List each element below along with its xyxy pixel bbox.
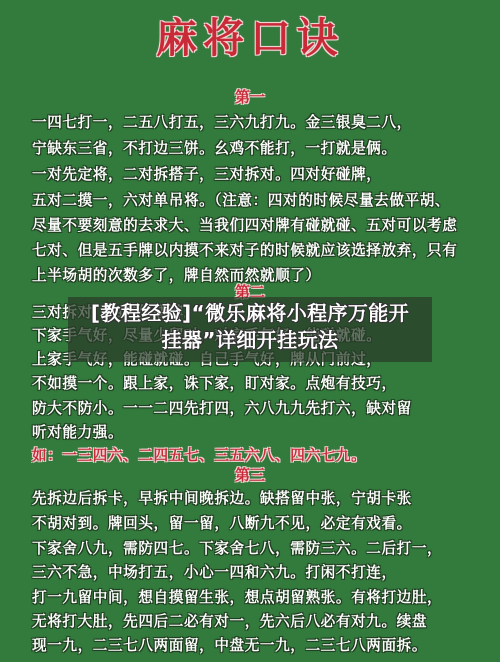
text-line: 下家舍八九，需防四七。下家舍七八，需防三六。二后打一， — [32, 539, 480, 559]
text-line: 现一九，二三七八两面留，中盘无一九，二三七八两面拆。 — [32, 636, 480, 656]
caption-line-2: 挂器”详细开挂玩法 — [68, 327, 432, 354]
example-line: 如：一三四六、二四五七、三五六八、四六七九。 — [32, 446, 480, 466]
section-label-3: 第三 — [0, 465, 500, 485]
text-line: 听对能力强。 — [32, 423, 480, 443]
text-line: 打一九留中间，想自摸留生张，想点胡留熟张。有将打边肚， — [32, 588, 480, 608]
text-line: 尽量不要刻意的去求大、当我们四对牌有碰就碰、五对可以考虑 — [32, 216, 480, 236]
text-line: 一四七打一，二五八打五，三六九打九。金三银臭二八， — [32, 113, 480, 133]
caption-line-1: [教程经验]“微乐麻将小程序万能开 — [68, 300, 432, 327]
text-line: 不胡对到。牌回头，留一留，八断九不见，必定有戏看。 — [32, 514, 480, 534]
text-line: 七对、但是五手牌以内摸不来对子的时候就应该选择放弃，只有 — [32, 241, 480, 261]
text-line: 宁缺东三省，不打边三饼。幺鸡不能打，一打就是俩。 — [32, 139, 480, 159]
caption-overlay: [教程经验]“微乐麻将小程序万能开 挂器”详细开挂玩法 — [68, 300, 432, 354]
text-line: 三六不急，中场打五，小心一四和六九。打闲不打连， — [32, 563, 480, 583]
text-line: 不如摸一个。跟上家，诛下家，盯对家。点炮有技巧， — [32, 374, 480, 394]
text-line: 先拆边后拆卡，早拆中间晚拆边。缺搭留中张，宁胡卡张 — [32, 489, 480, 509]
text-line: 防大不防小。一一二四先打四，六八九九先打六，缺对留 — [32, 399, 480, 419]
text-line: 一对先定将，二对拆搭子，三对拆对。四对好碰牌， — [32, 165, 480, 185]
section-label-1: 第一 — [0, 87, 500, 107]
page-title: 麻将口诀 — [0, 12, 500, 64]
text-line: 无将打大肚，先四后二必有对一，先六后八必有对九。续盘 — [32, 612, 480, 632]
text-line: 五对二摸一，六对单吊将。（注意：四对的时候尽量去做平胡、 — [32, 191, 480, 211]
